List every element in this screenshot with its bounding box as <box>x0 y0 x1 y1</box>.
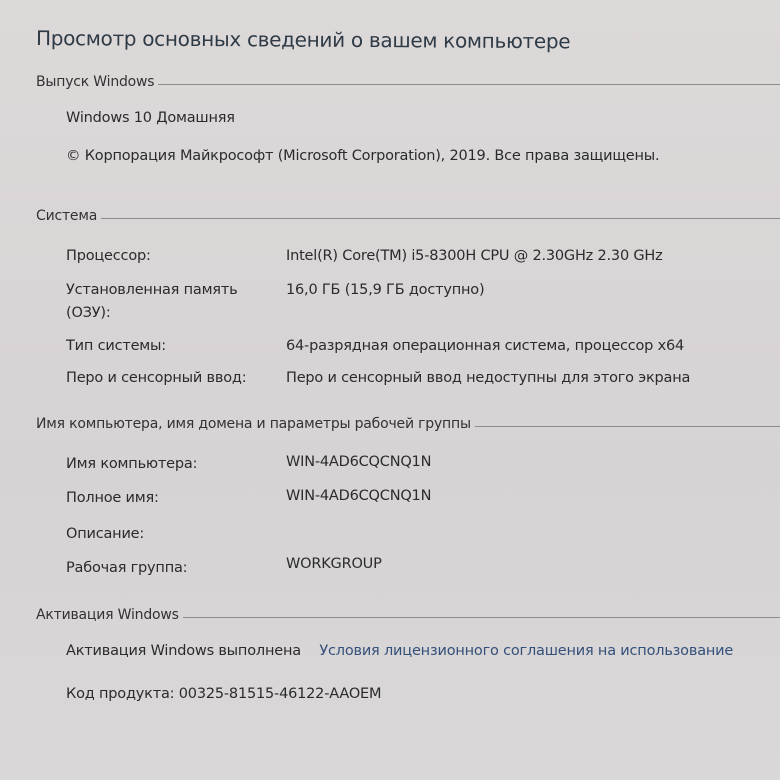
section-label: Выпуск Windows <box>36 74 158 90</box>
pen-touch-value: Перо и сенсорный ввод недоступны для это… <box>286 367 690 390</box>
section-header-computer-name: Имя компьютера, имя домена и параметры р… <box>36 416 780 432</box>
section-label: Система <box>36 208 101 224</box>
windows-edition: Windows 10 Домашняя <box>66 110 235 126</box>
license-terms-link[interactable]: Условия лицензионного соглашения на испо… <box>319 643 733 659</box>
section-header-activation: Активация Windows <box>36 607 780 623</box>
computer-name-value: WIN-4AD6CQCNQ1N <box>286 451 431 474</box>
description-label: Описание: <box>66 523 276 546</box>
section-label: Имя компьютера, имя домена и параметры р… <box>36 416 475 432</box>
section-divider <box>101 218 780 219</box>
system-type-label: Тип системы: <box>66 335 276 358</box>
activation-row: Активация Windows выполнена Условия лице… <box>66 643 733 659</box>
memory-label: Установленная память (ОЗУ): <box>66 279 266 325</box>
processor-value: Intel(R) Core(TM) i5-8300H CPU @ 2.30GHz… <box>286 245 663 268</box>
full-name-value: WIN-4AD6CQCNQ1N <box>286 485 431 508</box>
workgroup-value: WORKGROUP <box>286 553 382 576</box>
product-key-value: 00325-81515-46122-AAOEM <box>179 686 382 702</box>
system-type-value: 64-разрядная операционная система, проце… <box>286 335 684 358</box>
section-divider <box>183 617 780 618</box>
section-label: Активация Windows <box>36 607 183 623</box>
section-divider <box>158 84 780 85</box>
processor-label: Процессор: <box>66 245 276 268</box>
product-key-label: Код продукта: <box>66 686 174 702</box>
pen-touch-label: Перо и сенсорный ввод: <box>66 367 276 390</box>
workgroup-label: Рабочая группа: <box>66 557 276 580</box>
section-header-edition: Выпуск Windows <box>36 74 780 90</box>
section-header-system: Система <box>36 208 780 224</box>
page-title: Просмотр основных сведений о вашем компь… <box>36 26 570 53</box>
memory-value: 16,0 ГБ (15,9 ГБ доступно) <box>286 279 484 302</box>
activation-status: Активация Windows выполнена <box>66 643 301 659</box>
section-divider <box>475 426 780 427</box>
copyright: © Корпорация Майкрософт (Microsoft Corpo… <box>66 148 659 164</box>
product-key-row: Код продукта: 00325-81515-46122-AAOEM <box>66 686 381 702</box>
full-name-label: Полное имя: <box>66 487 276 510</box>
computer-name-label: Имя компьютера: <box>66 453 276 476</box>
